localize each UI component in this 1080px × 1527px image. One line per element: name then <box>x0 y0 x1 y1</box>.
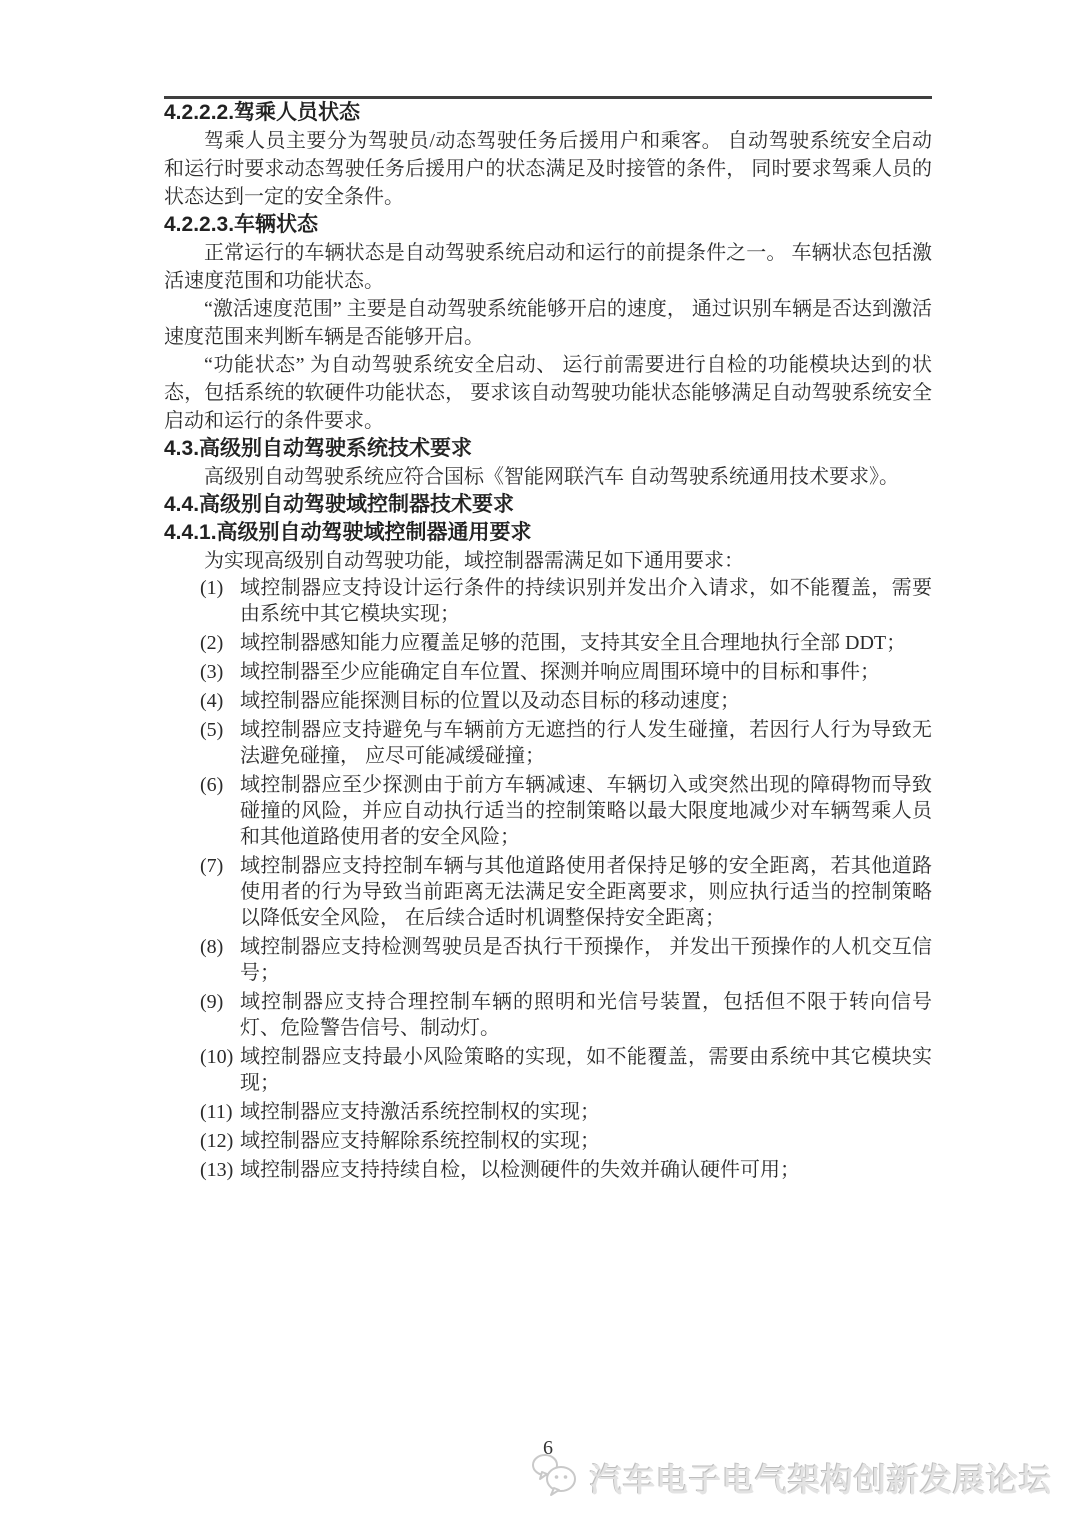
list-item: (5)域控制器应支持避免与车辆前方无遮挡的行人发生碰撞，若因行人行为导致无法避免… <box>164 717 932 769</box>
list-item: (11)域控制器应支持激活系统控制权的实现； <box>164 1099 932 1125</box>
list-item-number: (1) <box>200 575 223 601</box>
list-item-text: 域控制器应支持设计运行条件的持续识别并发出介入请求，如不能覆盖，需要由系统中其它… <box>240 577 932 625</box>
list-item: (4)域控制器应能探测目标的位置以及动态目标的移动速度； <box>164 688 932 714</box>
list-item: (3)域控制器至少应能确定自车位置、探测并响应周围环境中的目标和事件； <box>164 659 932 685</box>
watermark-text: 汽车电子电气架构创新发展论坛 <box>590 1455 1052 1501</box>
list-item-text: 域控制器应支持最小风险策略的实现，如不能覆盖，需要由系统中其它模块实现； <box>240 1046 932 1094</box>
section-heading-4223: 4.2.2.3.车辆状态 <box>164 211 932 239</box>
paragraph-national-standard: 高级别自动驾驶系统应符合国标《智能网联汽车 自动驾驶系统通用技术要求》。 <box>164 463 932 491</box>
wechat-icon <box>530 1452 582 1503</box>
list-item: (1)域控制器应支持设计运行条件的持续识别并发出介入请求，如不能覆盖，需要由系统… <box>164 575 932 627</box>
list-item-number: (11) <box>200 1099 233 1125</box>
paragraph-vehicle-status-1: 正常运行的车辆状态是自动驾驶系统启动和运行的前提条件之一。 车辆状态包括激活速度… <box>164 239 932 295</box>
list-item: (9)域控制器应支持合理控制车辆的照明和光信号装置，包括但不限于转向信号灯、危险… <box>164 989 932 1041</box>
list-item-number: (7) <box>200 853 223 879</box>
list-item-text: 域控制器应支持检测驾驶员是否执行干预操作， 并发出干预操作的人机交互信号； <box>240 936 932 984</box>
list-item-text: 域控制器应支持控制车辆与其他道路使用者保持足够的安全距离，若其他道路使用者的行为… <box>240 855 932 929</box>
list-item: (2)域控制器感知能力应覆盖足够的范围，支持其安全且合理地执行全部 DDT； <box>164 630 932 656</box>
list-item-number: (4) <box>200 688 223 714</box>
section-heading-43: 4.3.高级别自动驾驶系统技术要求 <box>164 435 932 463</box>
list-item-number: (6) <box>200 772 223 798</box>
list-item: (7)域控制器应支持控制车辆与其他道路使用者保持足够的安全距离，若其他道路使用者… <box>164 853 932 931</box>
list-item-number: (8) <box>200 934 223 960</box>
list-item-number: (10) <box>200 1044 233 1070</box>
list-item-number: (9) <box>200 989 223 1015</box>
list-item-text: 域控制器应支持激活系统控制权的实现； <box>240 1101 600 1123</box>
list-item-text: 域控制器应支持解除系统控制权的实现； <box>240 1130 600 1152</box>
list-item-text: 域控制器应支持合理控制车辆的照明和光信号装置，包括但不限于转向信号灯、危险警告信… <box>240 991 932 1039</box>
list-item-text: 域控制器应能探测目标的位置以及动态目标的移动速度； <box>240 690 740 712</box>
list-item: (6)域控制器应至少探测由于前方车辆减速、车辆切入或突然出现的障碍物而导致碰撞的… <box>164 772 932 850</box>
list-item: (13)域控制器应支持持续自检，以检测硬件的失效并确认硬件可用； <box>164 1157 932 1183</box>
section-heading-4222: 4.2.2.2.驾乘人员状态 <box>164 99 932 127</box>
list-item-text: 域控制器至少应能确定自车位置、探测并响应周围环境中的目标和事件； <box>240 661 880 683</box>
document-page: { "document": { "sections": [ { "heading… <box>0 0 1080 1527</box>
list-item-number: (5) <box>200 717 223 743</box>
paragraph-occupant-status: 驾乘人员主要分为驾驶员/动态驾驶任务后援用户和乘客。 自动驾驶系统安全启动和运行… <box>164 127 932 211</box>
paragraph-vehicle-status-3: “功能状态” 为自动驾驶系统安全启动、 运行前需要进行自检的功能模块达到的状态，… <box>164 351 932 435</box>
paragraph-vehicle-status-2: “激活速度范围” 主要是自动驾驶系统能够开启的速度， 通过识别车辆是否达到激活速… <box>164 295 932 351</box>
list-item: (8)域控制器应支持检测驾驶员是否执行干预操作， 并发出干预操作的人机交互信号； <box>164 934 932 986</box>
list-item-text: 域控制器应支持避免与车辆前方无遮挡的行人发生碰撞，若因行人行为导致无法避免碰撞，… <box>240 719 932 767</box>
section-heading-441: 4.4.1.高级别自动驾驶域控制器通用要求 <box>164 519 932 547</box>
section-heading-44: 4.4.高级别自动驾驶域控制器技术要求 <box>164 491 932 519</box>
list-item: (10)域控制器应支持最小风险策略的实现，如不能覆盖，需要由系统中其它模块实现； <box>164 1044 932 1096</box>
list-item-number: (13) <box>200 1157 233 1183</box>
requirements-list: (1)域控制器应支持设计运行条件的持续识别并发出介入请求，如不能覆盖，需要由系统… <box>164 575 932 1183</box>
list-item-number: (12) <box>200 1128 233 1154</box>
page-content: 4.2.2.2.驾乘人员状态 驾乘人员主要分为驾驶员/动态驾驶任务后援用户和乘客… <box>164 0 932 1186</box>
list-item-text: 域控制器感知能力应覆盖足够的范围，支持其安全且合理地执行全部 DDT； <box>240 632 906 654</box>
list-item-text: 域控制器应至少探测由于前方车辆减速、车辆切入或突然出现的障碍物而导致碰撞的风险，… <box>240 774 932 848</box>
list-item-text: 域控制器应支持持续自检，以检测硬件的失效并确认硬件可用； <box>240 1159 800 1181</box>
list-item-number: (3) <box>200 659 223 685</box>
list-item-number: (2) <box>200 630 223 656</box>
paragraph-requirements-intro: 为实现高级别自动驾驶功能，域控制器需满足如下通用要求： <box>164 547 932 575</box>
watermark: 汽车电子电气架构创新发展论坛 <box>530 1452 1052 1503</box>
list-item: (12)域控制器应支持解除系统控制权的实现； <box>164 1128 932 1154</box>
